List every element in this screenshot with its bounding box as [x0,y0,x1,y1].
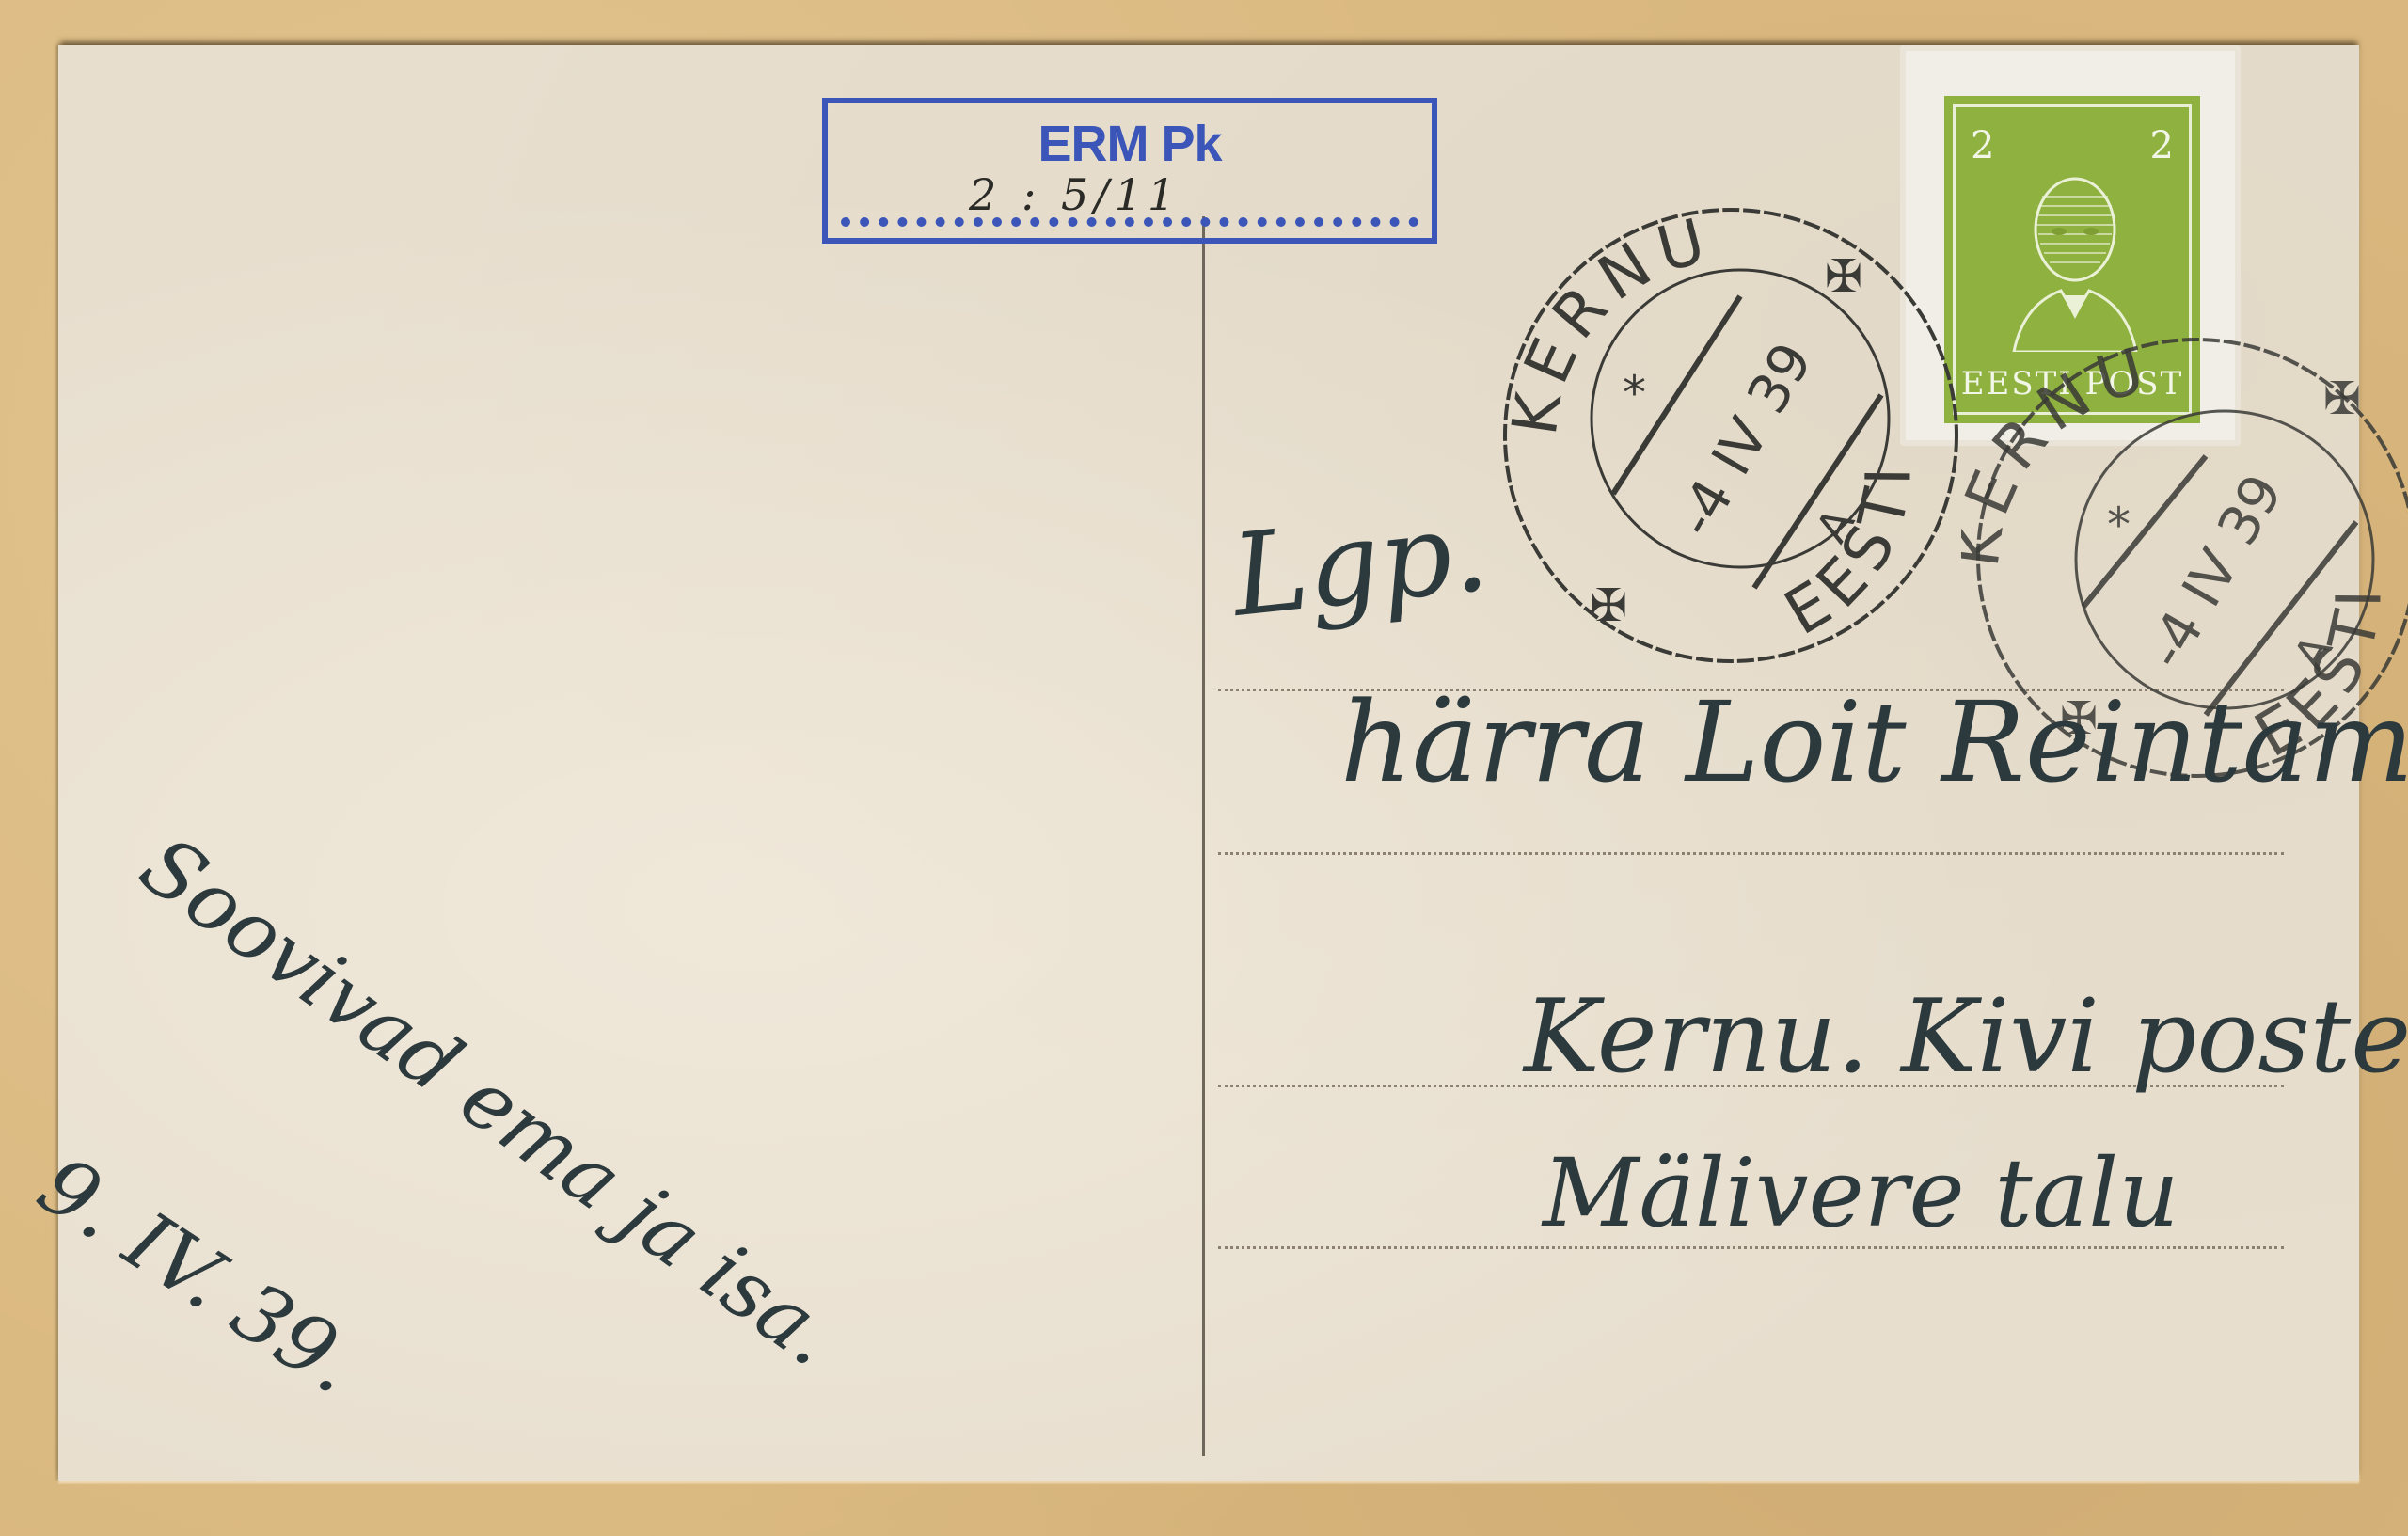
postmark-1-mark: * [1623,366,1646,420]
archive-dotted-line [841,217,1418,227]
postmark-2-mark: * [2107,498,2131,552]
svg-text:EESTI: EESTI [1772,457,1925,649]
postmark-2-date: -4 IV 39 [2133,464,2295,679]
address-salutation: Lgp. [1226,485,1494,642]
address-recipient: härra Loit Reintam [1340,677,2408,807]
address-farm: Mälivere talu [1543,1138,2179,1248]
stamp-value-left: 2 [1971,124,1994,167]
svg-text:✠: ✠ [2323,372,2361,425]
svg-text:✠: ✠ [1590,579,1627,632]
stamp-value-right: 2 [2150,124,2174,167]
postmark-1: KERNU EESTI -4 IV 39 A * ✠ ✠ [1491,193,1980,682]
divider-line [1202,216,1205,1456]
svg-text:✠: ✠ [1825,250,1862,303]
archive-number: 2 : 5/11 [969,169,1180,220]
svg-text:KERNU: KERNU [1498,202,1721,439]
address-line-2 [1218,852,2284,855]
archive-title: ERM Pk [828,115,1432,173]
archive-stamp-box: ERM Pk 2 : 5/11 [822,98,1437,244]
postmark-1-country: EESTI [1772,457,1925,649]
address-place: Kernu. Kivi poste. [1524,978,2408,1096]
postmark-1-town: KERNU [1498,202,1721,439]
